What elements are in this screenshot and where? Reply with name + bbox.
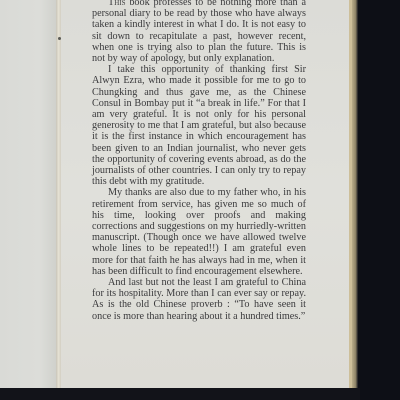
book-photo-scene: This book professes to be nothing more t… bbox=[0, 0, 400, 400]
paragraph-1-lead: This bbox=[108, 0, 126, 8]
bottom-shadow bbox=[0, 388, 360, 400]
paragraph-1-text: book professes to be nothing more than a… bbox=[92, 0, 306, 64]
paragraph-2: I take this opportunity of thanking firs… bbox=[92, 64, 306, 187]
paragraph-3: My thanks are also due to my father who,… bbox=[92, 187, 306, 277]
page-edge bbox=[352, 0, 358, 392]
left-page bbox=[0, 0, 57, 392]
paragraph-4: And last but not the least I am grateful… bbox=[92, 277, 306, 322]
paragraph-1: This book professes to be nothing more t… bbox=[92, 0, 306, 64]
preface-text: This book professes to be nothing more t… bbox=[92, 0, 306, 322]
